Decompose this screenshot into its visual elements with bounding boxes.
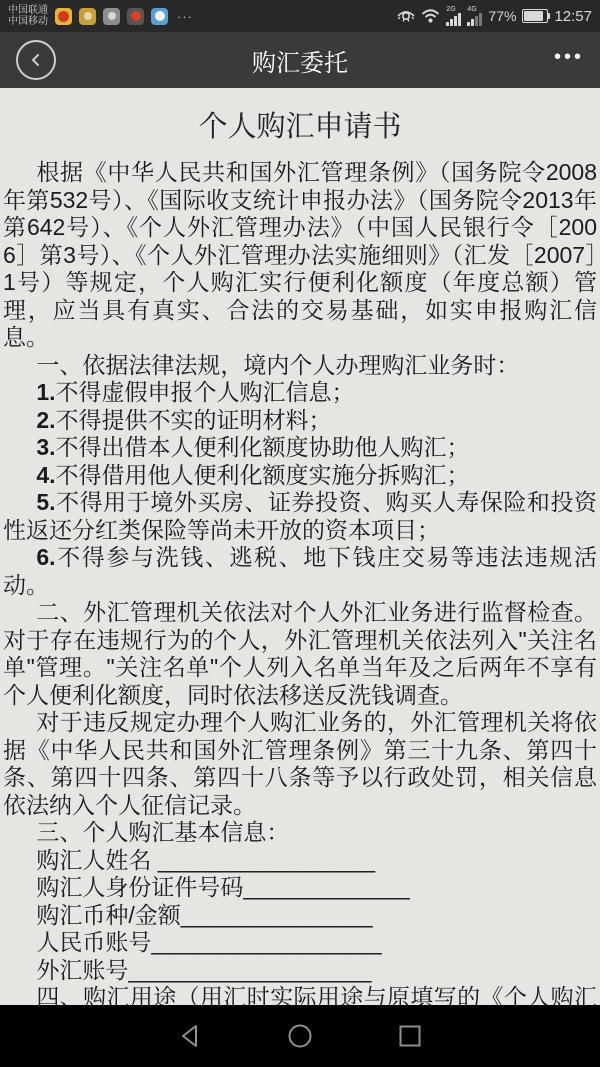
document-paragraph: 6.不得参与洗钱、逃税、地下钱庄交易等违法违规活动。 — [3, 544, 597, 599]
carrier-labels: 中国联通 中国移动 — [8, 5, 48, 27]
document-title: 个人购汇申请书 — [3, 104, 597, 145]
eye-comfort-icon — [397, 9, 415, 23]
document-paragraph: 三、个人购汇基本信息： — [3, 819, 597, 847]
signal-4g-icon: 4G — [467, 7, 482, 26]
map-pin-app-icon — [127, 8, 144, 25]
document-paragraph: 4.不得借用他人便利化额度实施分拆购汇； — [3, 462, 597, 490]
field-buyer-name: 购汇人姓名 _________________ — [3, 847, 597, 875]
field-fx-account: 外汇账号___________________ — [3, 957, 597, 985]
document-paragraph: 一、依据法律法规，境内个人办理购汇业务时： — [3, 352, 597, 380]
field-currency-amount: 购汇币种/金额_______________ — [3, 902, 597, 930]
blank-fill-line: ___________________ — [128, 957, 371, 983]
battery-percent: 77% — [488, 8, 516, 24]
document-paragraph: 3.不得出借本人便利化额度协助他人购汇； — [3, 434, 597, 462]
nav-recents-icon[interactable] — [393, 1019, 427, 1053]
more-notifications-icon: ··· — [177, 9, 193, 24]
blank-fill-line: _______________ — [181, 902, 373, 928]
document-paragraph: 2.不得提供不实的证明材料； — [3, 407, 597, 435]
document-body: 根据《中华人民共和国外汇管理条例》（国务院令2008年第532号）、《国际收支统… — [3, 159, 597, 1005]
battery-icon — [522, 9, 548, 23]
phone-screen: 中国联通 中国移动 ··· 2G — [0, 0, 600, 1067]
signal-2g-icon: 2G — [446, 7, 461, 26]
field-id-number: 购汇人身份证件号码_____________ — [3, 874, 597, 902]
carrier-1: 中国联通 — [8, 5, 48, 16]
status-bar: 中国联通 中国移动 ··· 2G — [0, 0, 600, 32]
document-scroll-area[interactable]: 个人购汇申请书 根据《中华人民共和国外汇管理条例》（国务院令2008年第532号… — [0, 88, 600, 1005]
field-purpose: 四、购汇用途（用汇时实际用途与原填写的《个人购汇申请书》不一致的应重新填写）：_… — [3, 984, 597, 1005]
carrier-2: 中国移动 — [8, 16, 48, 27]
nav-back-icon[interactable] — [173, 1019, 207, 1053]
document-paragraph: 对于违反规定办理个人购汇业务的，外汇管理机关将依据《中华人民共和国外汇管理条例》… — [3, 709, 597, 819]
blank-fill-line: __________________ — [151, 929, 381, 955]
weibo-app-icon — [55, 8, 72, 25]
notification-icons — [55, 8, 168, 25]
blank-fill-line: _________________ — [158, 847, 375, 873]
android-nav-bar — [0, 1005, 600, 1067]
field-rmb-account: 人民币账号__________________ — [3, 929, 597, 957]
gallery-app-icon — [103, 8, 120, 25]
clock: 12:57 — [554, 8, 592, 25]
document-paragraph: 根据《中华人民共和国外汇管理条例》（国务院令2008年第532号）、《国际收支统… — [3, 159, 597, 352]
cloud-app-icon — [151, 8, 168, 25]
nav-home-icon[interactable] — [283, 1019, 317, 1053]
back-button[interactable] — [16, 40, 56, 80]
app-header: 购汇委托 ••• — [0, 32, 600, 88]
document-paragraph: 二、外汇管理机关依法对个人外汇业务进行监督检查。对于存在违规行为的个人，外汇管理… — [3, 599, 597, 709]
document-paragraph: 5.不得用于境外买房、证券投资、购买人寿保险和投资性返还分红类保险等尚未开放的资… — [3, 489, 597, 544]
document-paragraph: 1.不得虚假申报个人购汇信息； — [3, 379, 597, 407]
wifi-icon — [421, 9, 440, 23]
page-title: 购汇委托 — [0, 43, 600, 78]
blank-fill-line: _____________ — [243, 874, 409, 900]
more-menu-button[interactable]: ••• — [554, 47, 584, 73]
gold-app-icon — [79, 8, 96, 25]
